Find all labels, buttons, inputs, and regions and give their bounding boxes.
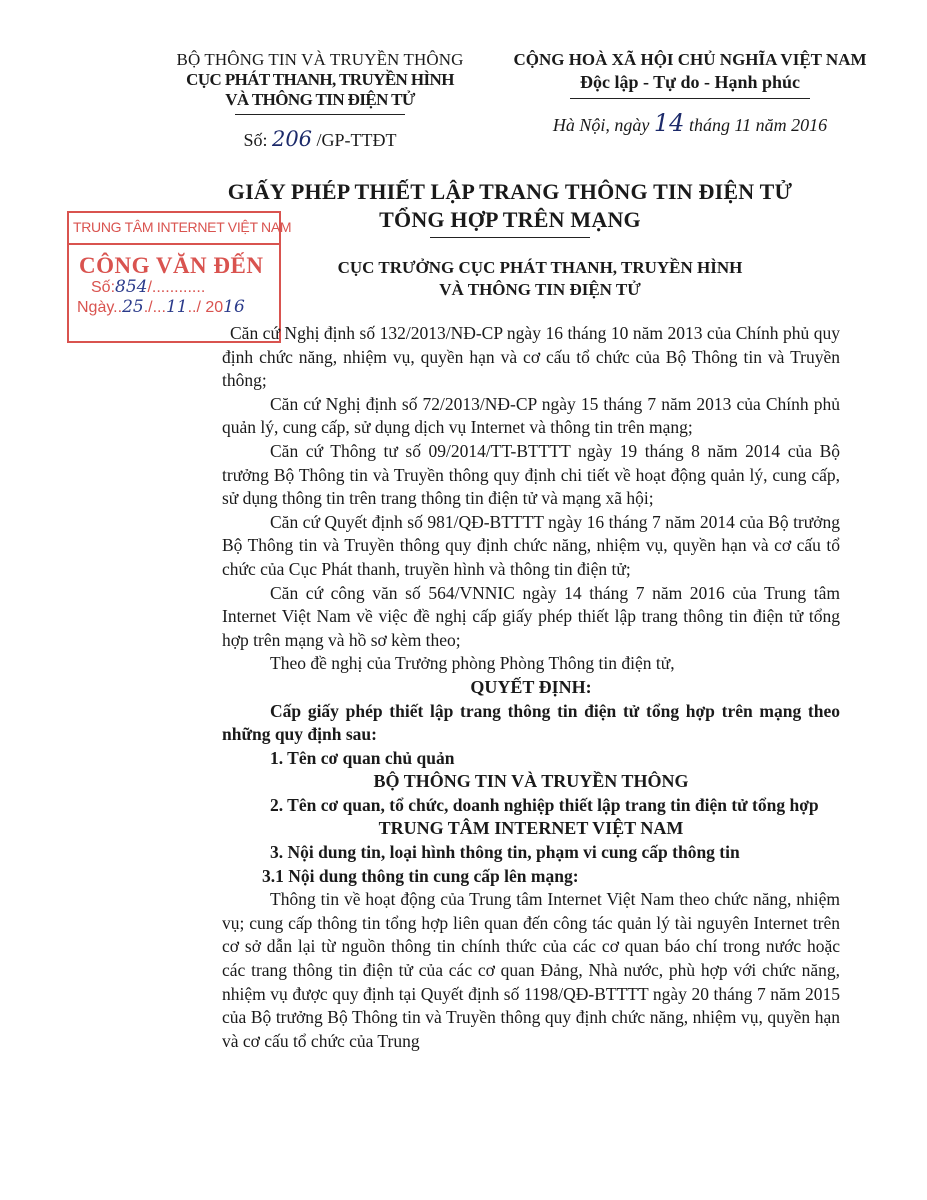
department-name-line1: CỤC PHÁT THANH, TRUYỀN HÌNH: [140, 70, 500, 90]
stamp-number-handwritten: 854: [115, 277, 147, 297]
stamp-date: Ngày..25./...11../ 2016: [69, 297, 279, 317]
stamp-number: Số:854/............: [69, 277, 279, 297]
item-3-label: 3. Nội dung tin, loại hình thông tin, ph…: [222, 841, 840, 865]
stamp-date-year: 16: [223, 297, 245, 317]
basis-paragraph: Căn cứ Quyết định số 981/QĐ-BTTTT ngày 1…: [222, 511, 840, 582]
national-motto: Độc lập - Tự do - Hạnh phúc: [500, 70, 880, 94]
item-3-1-text: Thông tin về hoạt động của Trung tâm Int…: [222, 888, 840, 1053]
nation-name: CỘNG HOÀ XÃ HỘI CHỦ NGHĨA VIỆT NAM: [500, 50, 880, 70]
issuing-authority: CỤC TRƯỞNG CỤC PHÁT THANH, TRUYỀN HÌNH V…: [220, 257, 860, 301]
title-divider: [430, 237, 590, 238]
basis-paragraph: Căn cứ Nghị định số 132/2013/NĐ-CP ngày …: [222, 322, 840, 393]
national-header: CỘNG HOÀ XÃ HỘI CHỦ NGHĨA VIỆT NAM Độc l…: [500, 50, 880, 137]
issuing-authority-line2: VÀ THÔNG TIN ĐIỆN TỬ: [220, 279, 860, 301]
stamp-organization: TRUNG TÂM INTERNET VIỆT NAM: [69, 213, 279, 245]
basis-paragraph: Căn cứ công văn số 564/VNNIC ngày 14 thá…: [222, 582, 840, 653]
issue-date-suffix: tháng 11 năm 2016: [684, 115, 827, 135]
document-body: Căn cứ Nghị định số 132/2013/NĐ-CP ngày …: [222, 322, 840, 1053]
stamp-number-tail: /............: [147, 279, 205, 296]
issuing-authority-line1: CỤC TRƯỞNG CỤC PHÁT THANH, TRUYỀN HÌNH: [220, 257, 860, 279]
stamp-date-day: 25: [122, 297, 144, 317]
stamp-date-sep: ../ 20: [188, 299, 224, 316]
stamp-date-label: Ngày..: [77, 299, 122, 316]
issue-date: Hà Nội, ngày 14 tháng 11 năm 2016: [500, 109, 880, 137]
basis-paragraph: Căn cứ Thông tư số 09/2014/TT-BTTTT ngày…: [222, 440, 840, 511]
stamp-label: CÔNG VĂN ĐẾN: [69, 245, 279, 279]
header-divider: [235, 114, 405, 115]
stamp-date-month: 11: [166, 297, 188, 317]
stamp-date-sep: ./...: [144, 299, 166, 316]
decision-intro: Cấp giấy phép thiết lập trang thông tin …: [222, 700, 840, 747]
decision-heading: QUYẾT ĐỊNH:: [222, 676, 840, 700]
item-3-1-label: 3.1 Nội dung thông tin cung cấp lên mạng…: [222, 865, 840, 889]
basis-paragraph: Căn cứ Nghị định số 72/2013/NĐ-CP ngày 1…: [222, 393, 840, 440]
document-number-prefix: Số:: [243, 130, 272, 150]
proposal-paragraph: Theo đề nghị của Trưởng phòng Phòng Thôn…: [222, 652, 840, 676]
stamp-number-label: Số:: [91, 279, 115, 296]
item-1-value: BỘ THÔNG TIN VÀ TRUYỀN THÔNG: [222, 770, 840, 794]
item-2-value: TRUNG TÂM INTERNET VIỆT NAM: [222, 817, 840, 841]
issue-date-day-handwritten: 14: [654, 109, 685, 137]
document-number-handwritten: 206: [272, 127, 312, 151]
document-number: Số: 206 /GP-TTĐT: [140, 127, 500, 151]
item-2-label: 2. Tên cơ quan, tổ chức, doanh nghiệp th…: [222, 794, 840, 818]
motto-divider: [570, 98, 810, 99]
department-name-line2: VÀ THÔNG TIN ĐIỆN TỬ: [140, 90, 500, 110]
ministry-name: BỘ THÔNG TIN VÀ TRUYỀN THÔNG: [140, 50, 500, 70]
document-title-line1: GIẤY PHÉP THIẾT LẬP TRANG THÔNG TIN ĐIỆN…: [140, 178, 880, 206]
item-1-label: 1. Tên cơ quan chủ quản: [222, 747, 840, 771]
issuing-agency-header: BỘ THÔNG TIN VÀ TRUYỀN THÔNG CỤC PHÁT TH…: [140, 50, 500, 151]
document-number-suffix: /GP-TTĐT: [312, 130, 397, 150]
issue-date-prefix: Hà Nội, ngày: [553, 115, 654, 135]
